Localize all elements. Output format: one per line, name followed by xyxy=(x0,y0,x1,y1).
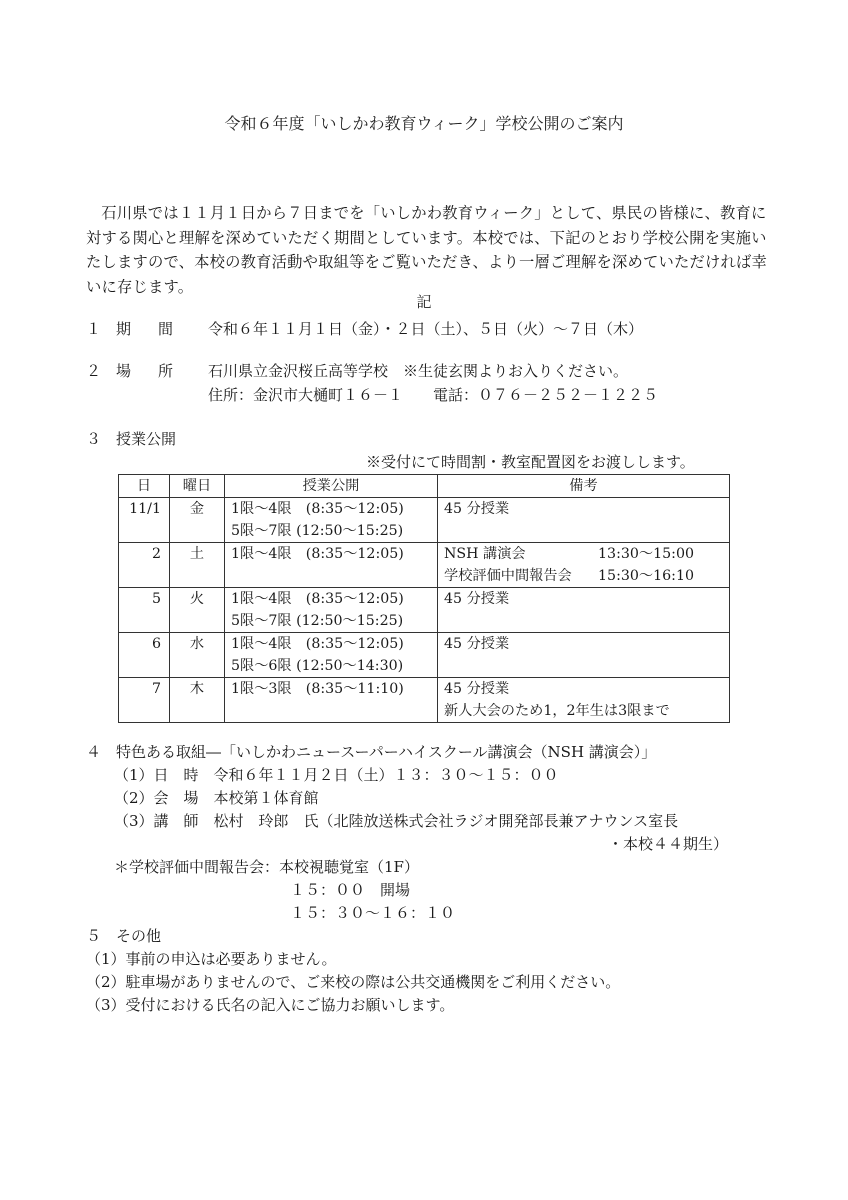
class-period: 1限～4限 (8:35～12:05) xyxy=(231,588,431,610)
cell-weekday: 火 xyxy=(170,588,225,633)
section-number: ３ xyxy=(86,428,116,450)
cell-remarks: 45 分授業 xyxy=(438,498,730,543)
classes-note: ※受付にて時間割・教室配置図をお渡しします。 xyxy=(366,451,695,473)
class-period: 1限～4限 (8:35～12:05) xyxy=(231,498,431,520)
special-heading: 特色ある取組―「いしかわニュースーパーハイスクール講演会（NSH 講演会）」 xyxy=(116,743,656,761)
class-period: 1限～4限 (8:35～12:05) xyxy=(231,633,431,655)
ki-heading: 記 xyxy=(0,291,848,313)
cell-classes: 1限～4限 (8:35～12:05) 5限～7限 (12:50～15:25) xyxy=(225,588,438,633)
header-day: 日 xyxy=(119,475,170,498)
section-classes-heading: ３授業公開 xyxy=(86,428,176,450)
table-row: 7 木 1限～3限 (8:35～11:10) 45 分授業 新人大会のため1，2… xyxy=(119,678,730,723)
label-char: 場 xyxy=(116,360,158,382)
remark-text: 学校評価中間報告会 xyxy=(444,565,572,587)
label-char: 期 xyxy=(116,318,158,340)
cell-day: 6 xyxy=(119,633,170,678)
cell-classes: 1限～4限 (8:35～12:05) 5限～7限 (12:50～15:25) xyxy=(225,498,438,543)
header-classes: 授業公開 xyxy=(225,475,438,498)
other-item: （3）受付における氏名の記入にご協力お願いします。 xyxy=(86,994,454,1016)
cell-day: 11/1 xyxy=(119,498,170,543)
section-number: ５ xyxy=(86,925,116,947)
special-item-lecturer: （3）講 師 松村 玲郎 氏（北陸放送株式会社ラジオ開発部長兼アナウンス室長 xyxy=(114,810,678,832)
report-meeting-time: １５：３０～１６：１０ xyxy=(290,902,455,924)
remark: 45 分授業 xyxy=(444,498,723,520)
cell-classes: 1限～4限 (8:35～12:05) xyxy=(225,543,438,588)
remark-time: 13:30～15:00 xyxy=(598,543,694,565)
special-item-datetime: （1）日 時 令和６年１１月２日（土）１３：３０～１５：００ xyxy=(114,764,559,786)
label-char: 所 xyxy=(158,360,208,382)
cell-remarks: 45 分授業 新人大会のため1，2年生は3限まで xyxy=(438,678,730,723)
remark-time: 15:30～16:10 xyxy=(598,565,694,587)
classes-heading: 授業公開 xyxy=(116,430,176,448)
cell-day: 2 xyxy=(119,543,170,588)
class-period: 5限～7限 (12:50～15:25) xyxy=(231,610,431,632)
class-period-empty xyxy=(231,565,431,587)
remark: 学校評価中間報告会 15:30～16:10 xyxy=(444,565,694,587)
place-value: 石川県立金沢桜丘高等学校 ※生徒玄関よりお入りください。 xyxy=(208,362,628,380)
class-period: 5限～6限 (12:50～14:30) xyxy=(231,655,431,677)
cell-classes: 1限～3限 (8:35～11:10) xyxy=(225,678,438,723)
class-period: 1限～4限 (8:35～12:05) xyxy=(231,543,431,565)
report-meeting-label: ＊学校評価中間報告会：本校視聴覚室（1F） xyxy=(114,856,419,878)
class-period-empty xyxy=(231,700,431,722)
cell-weekday: 木 xyxy=(170,678,225,723)
table-row: 11/1 金 1限～4限 (8:35～12:05) 5限～7限 (12:50～1… xyxy=(119,498,730,543)
table-row: 6 水 1限～4限 (8:35～12:05) 5限～6限 (12:50～14:3… xyxy=(119,633,730,678)
cell-remarks: NSH 講演会 13:30～15:00 学校評価中間報告会 15:30～16:1… xyxy=(438,543,730,588)
section-other-heading: ５その他 xyxy=(86,925,161,947)
table-header-row: 日 曜日 授業公開 備考 xyxy=(119,475,730,498)
section-period: １期間令和６年１１月１日（金）・２日（土）、５日（火）～７日（木） xyxy=(86,318,643,340)
remark: 45 分授業 xyxy=(444,633,723,655)
remark: 新人大会のため1，2年生は3限まで xyxy=(444,700,723,722)
other-item: （2）駐車場がありませんので、ご来校の際は公共交通機関をご利用ください。 xyxy=(86,971,620,993)
document-title: 令和６年度「いしかわ教育ウィーク」学校公開のご案内 xyxy=(0,113,848,135)
report-meeting-open: １５：００ 開場 xyxy=(290,879,410,901)
class-period: 1限～3限 (8:35～11:10) xyxy=(231,678,431,700)
remark: 45 分授業 xyxy=(444,678,723,700)
header-remarks: 備考 xyxy=(438,475,730,498)
cell-remarks: 45 分授業 xyxy=(438,588,730,633)
section-number: ２ xyxy=(86,360,116,382)
section-number: ４ xyxy=(86,741,116,763)
cell-weekday: 水 xyxy=(170,633,225,678)
remark: NSH 講演会 13:30～15:00 xyxy=(444,543,694,565)
section-place: ２場所石川県立金沢桜丘高等学校 ※生徒玄関よりお入りください。 xyxy=(86,360,628,382)
cell-day: 5 xyxy=(119,588,170,633)
class-period: 5限～7限 (12:50～15:25) xyxy=(231,520,431,542)
cell-day: 7 xyxy=(119,678,170,723)
remark: 45 分授業 xyxy=(444,588,723,610)
lecturer-continuation: ・本校４４期生） xyxy=(608,833,728,855)
label-char: 間 xyxy=(158,318,208,340)
cell-remarks: 45 分授業 xyxy=(438,633,730,678)
special-item-venue: （2）会 場 本校第１体育館 xyxy=(114,787,319,809)
cell-weekday: 金 xyxy=(170,498,225,543)
section-special-heading: ４特色ある取組―「いしかわニュースーパーハイスクール講演会（NSH 講演会）」 xyxy=(86,741,656,763)
period-value: 令和６年１１月１日（金）・２日（土）、５日（火）～７日（木） xyxy=(208,320,643,338)
place-address: 住所：金沢市大樋町１６－１ 電話：０７６－２５２－１２２５ xyxy=(208,384,658,406)
intro-paragraph: 石川県では１１月１日から７日までを「いしかわ教育ウィーク」として、県民の皆様に、… xyxy=(86,201,776,299)
header-weekday: 曜日 xyxy=(170,475,225,498)
cell-weekday: 土 xyxy=(170,543,225,588)
cell-classes: 1限～4限 (8:35～12:05) 5限～6限 (12:50～14:30) xyxy=(225,633,438,678)
class-schedule-table: 日 曜日 授業公開 備考 11/1 金 1限～4限 (8:35～12:05) 5… xyxy=(118,474,730,723)
table-row: 5 火 1限～4限 (8:35～12:05) 5限～7限 (12:50～15:2… xyxy=(119,588,730,633)
remark-text: NSH 講演会 xyxy=(444,543,526,565)
other-heading: その他 xyxy=(116,927,161,945)
section-number: １ xyxy=(86,318,116,340)
table-row: 2 土 1限～4限 (8:35～12:05) NSH 講演会 13:30～15:… xyxy=(119,543,730,588)
other-item: （1）事前の申込は必要ありません。 xyxy=(86,948,336,970)
